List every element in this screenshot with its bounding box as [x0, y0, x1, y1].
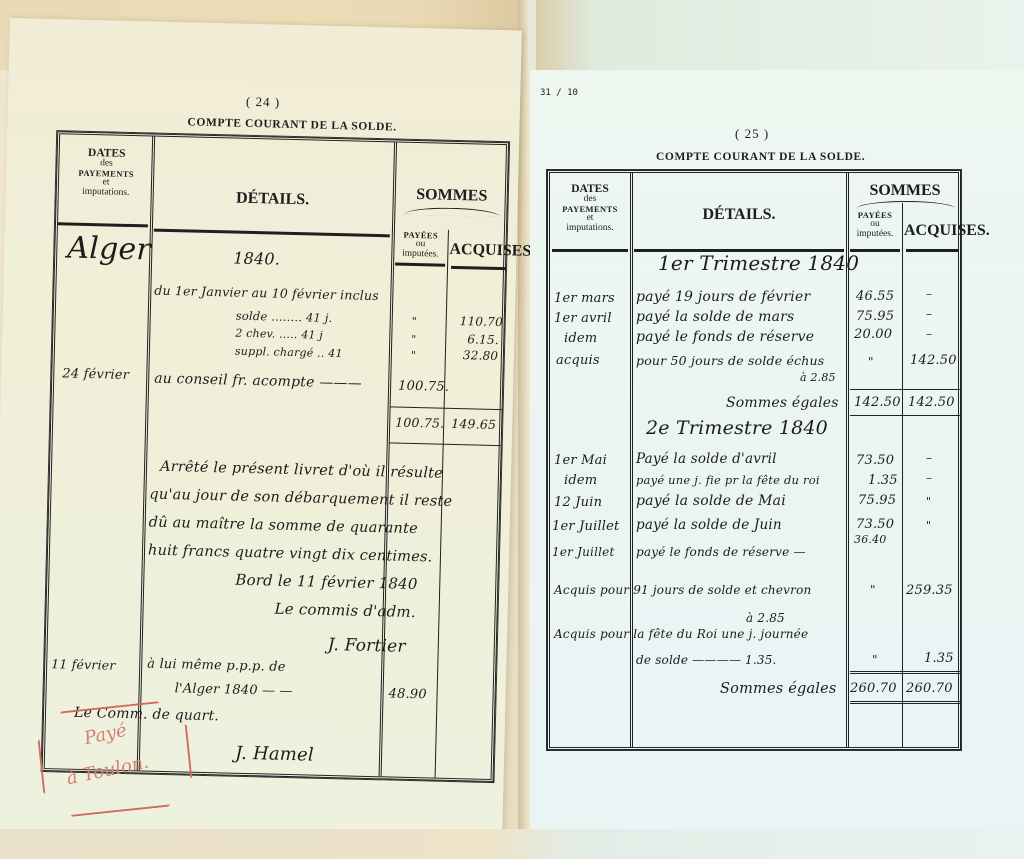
entry-date: 1er Mai: [554, 453, 607, 468]
entry-payees: 36.40: [854, 533, 887, 546]
header-rule: [906, 249, 958, 252]
entry-acquises: –: [926, 327, 932, 341]
acquis-acquises: 1.35: [924, 651, 954, 666]
acquis-detail: Acquis pour 91 jours de solde et chevron: [554, 583, 811, 597]
ledger-table: DATES des PAYEMENTS et imputations. DÉTA…: [42, 131, 510, 782]
entry-date: acquis: [556, 353, 600, 368]
acquis-payees: ": [870, 583, 876, 597]
entry-date: 1er Juillet: [552, 519, 620, 534]
entry-detail: payé une j. fie pr la fête du roi: [636, 473, 820, 487]
right-page: 31 / 10 ( 25 ) COMPTE COURANT DE LA SOLD…: [530, 70, 1024, 850]
page-number: ( 25 ): [735, 126, 769, 142]
header-dates: DATES des PAYEMENTS et imputations.: [552, 183, 628, 234]
total-rule: [850, 415, 960, 416]
entry-payees: 46.55: [856, 289, 894, 304]
acquis-detail: de solde ———— 1.35.: [636, 653, 777, 667]
entry-acquises: –: [926, 287, 932, 301]
entry-detail: l'Alger 1840 — —: [174, 681, 293, 699]
entry-acquises: ": [926, 519, 931, 532]
entry-detail: au conseil fr. acompte ———: [154, 371, 362, 392]
subtotal-rule: [390, 406, 502, 410]
entry-payees: 73.50: [856, 517, 894, 532]
header-rule: [395, 262, 445, 266]
total-acquises: 142.50: [908, 395, 955, 410]
entry-payees: 20.00: [854, 327, 892, 342]
entry-detail: payé la solde de mars: [636, 309, 794, 325]
entry-payees: 100.75.: [398, 379, 449, 395]
header-sommes: SOMMES: [397, 187, 507, 206]
total-label: Sommes égales: [720, 681, 837, 697]
signature: J. Fortier: [328, 635, 406, 657]
header-rule: [154, 229, 390, 238]
total-payees: 142.50: [854, 395, 901, 410]
entry-payees: ": [411, 349, 417, 362]
header-payees: PAYÉES ou imputées.: [393, 230, 448, 260]
page-title: COMPTE COURANT DE LA SOLDE.: [187, 116, 397, 133]
signatory-title: Le commis d'adm.: [274, 600, 416, 621]
entry-payees: 75.95: [858, 493, 896, 508]
entry-acquises: 142.50: [910, 353, 957, 368]
column-divider: [902, 203, 903, 747]
margin-mark: 31 / 10: [540, 88, 578, 98]
entry-date: Alger: [67, 230, 151, 267]
entry-date: 24 février: [62, 366, 129, 383]
place-date: Bord le 11 février 1840: [235, 571, 418, 593]
entry-detail: à lui même p.p.p. de: [147, 657, 286, 675]
entry-acquises: 6.15.: [467, 332, 499, 347]
daily-rate: à 2.85: [746, 611, 785, 625]
acquis-detail: Acquis pour la fête du Roi une j. journé…: [554, 627, 808, 641]
signature: J. Hamel: [235, 743, 314, 766]
brace: [856, 201, 956, 209]
entry-acquises: –: [926, 451, 932, 465]
header-acquises: ACQUISES.: [904, 223, 960, 240]
entry-date: 11 février: [51, 656, 116, 673]
entry-date: 1er mars: [554, 291, 615, 306]
subtotal-payees: 100.75.: [395, 415, 444, 431]
entry-payees: 1.35: [868, 473, 898, 488]
entry-detail: Payé la solde d'avril: [636, 451, 777, 467]
entry-payees: 75.95: [856, 309, 894, 324]
page-number: ( 24 ): [246, 94, 281, 111]
total-rule: [850, 671, 960, 674]
entry-acquises: ": [926, 495, 931, 508]
entry-detail: 2 chev. ..... 41 j: [235, 327, 323, 342]
entry-detail: payé le fonds de réserve —: [636, 545, 806, 559]
closing-note-line: qu'au jour de son débarquement il reste: [149, 487, 452, 510]
header-rule: [552, 249, 628, 252]
entry-detail: suppl. chargé .. 41: [235, 345, 343, 361]
entry-acquises: 32.80: [463, 348, 499, 363]
entry-detail: 1840.: [233, 249, 280, 269]
entry-detail: payé le fonds de réserve: [636, 329, 814, 345]
page-title: COMPTE COURANT DE LA SOLDE.: [656, 151, 865, 163]
column-divider: [630, 173, 633, 747]
total-acquises: 260.70: [906, 681, 953, 696]
book-bottom-edge: [0, 829, 1024, 859]
closing-note-line: huit francs quatre vingt dix centimes.: [148, 543, 433, 566]
entry-detail: payé la solde de Mai: [636, 493, 786, 509]
entry-acquises: –: [926, 307, 932, 321]
header-rule: [58, 222, 148, 227]
quarter-title: 2e Trimestre 1840: [646, 417, 828, 439]
total-payees: 260.70: [850, 681, 897, 696]
header-acquises: ACQUISES.: [449, 242, 505, 260]
entry-acquises: 110.70: [460, 314, 504, 329]
header-sommes: SOMMES: [850, 183, 960, 200]
header-payees: PAYÉES ou imputées.: [848, 211, 902, 240]
subtotal-acquises: 149.65: [451, 416, 496, 432]
entry-date: 1er avril: [554, 311, 612, 326]
header-details: DÉTAILS.: [154, 189, 390, 212]
total-rule: [850, 701, 960, 704]
entry-detail: solde ........ 41 j.: [236, 309, 333, 325]
entry-payees: ": [868, 355, 874, 369]
daily-rate: à 2.85: [800, 371, 836, 384]
entry-detail: pour 50 jours de solde échus: [636, 353, 824, 368]
entry-detail: payé la solde de Juin: [636, 517, 782, 533]
entry-payees: ": [412, 315, 418, 328]
entry-date: 1er Juillet: [552, 545, 614, 559]
entry-payees: 73.50: [856, 453, 894, 468]
acquis-payees: ": [872, 653, 878, 667]
entry-date: idem: [564, 331, 597, 346]
entry-detail: payé 19 jours de février: [636, 289, 810, 305]
total-label: Sommes égales: [726, 395, 839, 411]
header-details: DÉTAILS.: [634, 207, 844, 224]
entry-date: idem: [564, 473, 597, 488]
ledger-table: DATES des PAYEMENTS et imputations. DÉTA…: [547, 170, 961, 750]
quarter-title: 1er Trimestre 1840: [658, 251, 859, 275]
entry-payees: ": [411, 333, 417, 346]
closing-note-line: Arrêté le présent livret d'où il résulte: [160, 459, 443, 482]
closing-note-line: dû au maître la somme de quarante: [149, 515, 419, 538]
brace: [404, 207, 500, 217]
entry-date: 12 Juin: [554, 495, 602, 510]
subtotal-rule: [389, 442, 501, 446]
total-rule: [850, 389, 960, 390]
header-rule: [451, 266, 505, 270]
entry-acquises: –: [926, 471, 932, 485]
acquis-acquises: 259.35: [906, 583, 953, 598]
header-dates: DATES des PAYEMENTS et imputations.: [63, 146, 150, 199]
entry-payees: 48.90: [388, 686, 427, 702]
entry-detail: du 1er Janvier au 10 février inclus: [154, 283, 379, 303]
